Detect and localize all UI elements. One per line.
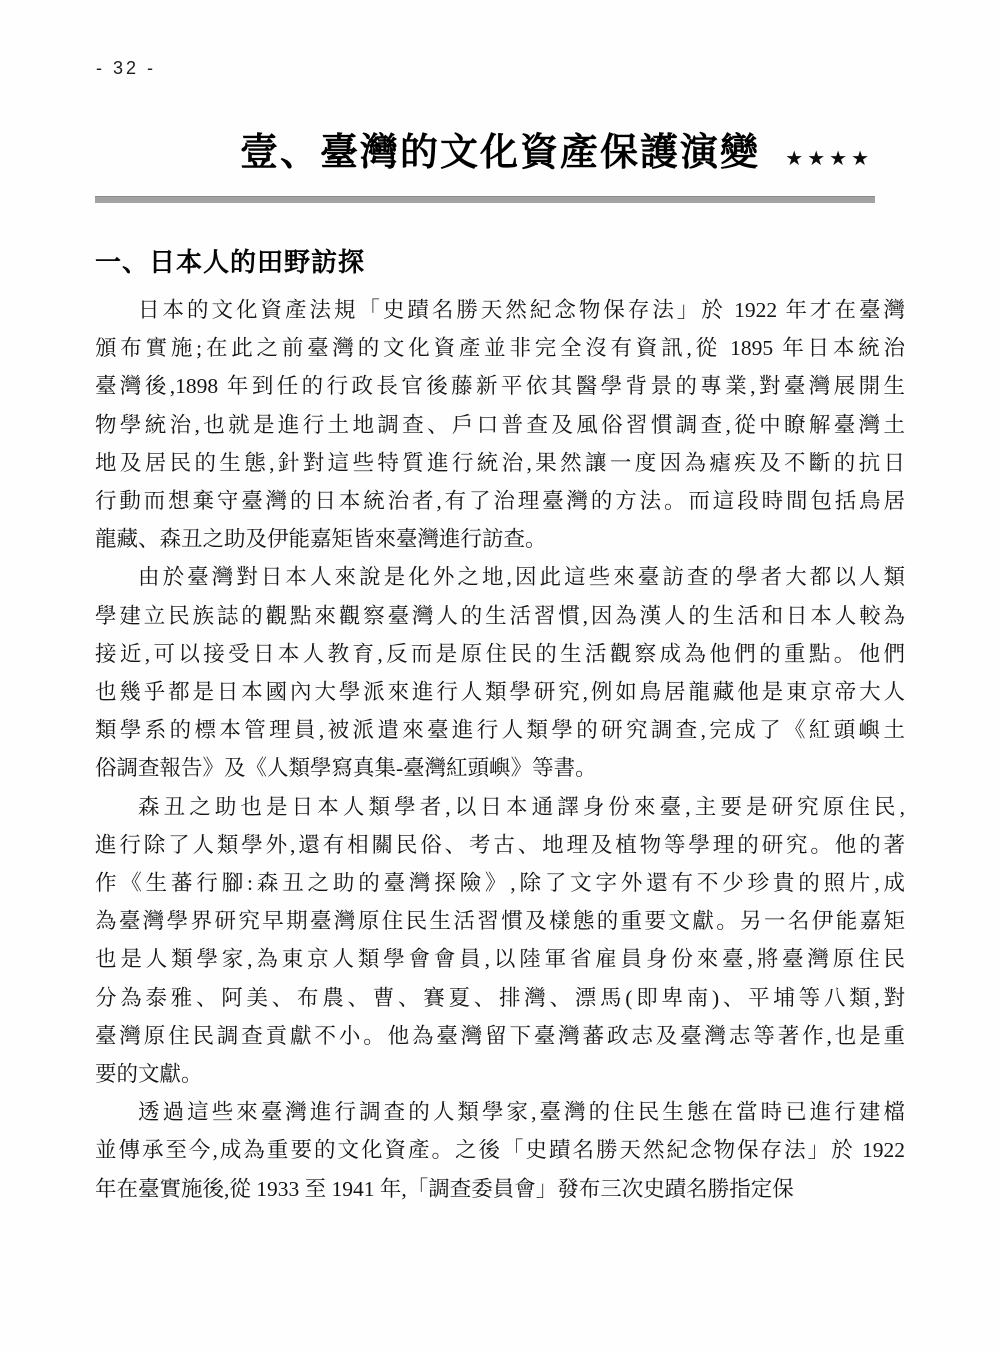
body-text: 日本的文化資產法規「史蹟名勝天然紀念物保存法」於 1922 年才在臺灣頒布實施;… xyxy=(95,291,905,1208)
text-line: 臺灣原住民調查貢獻不小。他為臺灣留下臺灣蕃政志及臺灣志等著作,也是重 xyxy=(95,1017,905,1055)
text-line: 要的文獻。 xyxy=(95,1055,905,1093)
paragraph: 由於臺灣對日本人來說是化外之地,因此這些來臺訪查的學者大都以人類學建立民族誌的觀… xyxy=(95,558,905,787)
text-line: 日本的文化資產法規「史蹟名勝天然紀念物保存法」於 1922 年才在臺灣 xyxy=(95,291,905,329)
text-line: 物學統治,也就是進行土地調查、戶口普查及風俗習慣調查,從中瞭解臺灣土 xyxy=(95,406,905,444)
text-line: 頒布實施;在此之前臺灣的文化資產並非完全沒有資訊,從 1895 年日本統治 xyxy=(95,329,905,367)
document-page: - 32 - 壹、臺灣的文化資產保護演變 ★★★★ 一、日本人的田野訪探 日本的… xyxy=(0,0,1000,1353)
paragraph: 透過這些來臺灣進行調查的人類學家,臺灣的住民生態在當時已進行建檔並傳承至今,成為… xyxy=(95,1093,905,1208)
text-line: 分為泰雅、阿美、布農、曹、賽夏、排灣、漂馬(即卑南)、平埔等八類,對 xyxy=(95,979,905,1017)
text-line: 由於臺灣對日本人來說是化外之地,因此這些來臺訪查的學者大都以人類 xyxy=(95,558,905,596)
text-line: 接近,可以接受日本人教育,反而是原住民的生活觀察成為他們的重點。他們 xyxy=(95,635,905,673)
page-number: - 32 - xyxy=(96,58,156,79)
paragraph: 森丑之助也是日本人類學者,以日本通譯身份來臺,主要是研究原住民,進行除了人類學外… xyxy=(95,788,905,1094)
text-line: 也是人類學家,為東京人類學會會員,以陸軍省雇員身份來臺,將臺灣原住民 xyxy=(95,940,905,978)
text-line: 行動而想棄守臺灣的日本統治者,有了治理臺灣的方法。而這段時間包括鳥居 xyxy=(95,482,905,520)
text-line: 臺灣後,1898 年到任的行政長官後藤新平依其醫學背景的專業,對臺灣展開生 xyxy=(95,367,905,405)
page-title: 壹、臺灣的文化資產保護演變 xyxy=(95,124,905,182)
section-heading: 一、日本人的田野訪探 xyxy=(95,242,365,279)
text-line: 俗調查報告》及《人類學寫真集-臺灣紅頭嶼》等書。 xyxy=(95,749,905,787)
text-line: 為臺灣學界研究早期臺灣原住民生活習慣及樣態的重要文獻。另一名伊能嘉矩 xyxy=(95,902,905,940)
paragraph: 日本的文化資產法規「史蹟名勝天然紀念物保存法」於 1922 年才在臺灣頒布實施;… xyxy=(95,291,905,558)
text-line: 也幾乎都是日本國內大學派來進行人類學研究,例如鳥居龍藏他是東京帝大人 xyxy=(95,673,905,711)
text-line: 並傳承至今,成為重要的文化資產。之後「史蹟名勝天然紀念物保存法」於 1922 xyxy=(95,1131,905,1169)
text-line: 進行除了人類學外,還有相關民俗、考古、地理及植物等學理的研究。他的著 xyxy=(95,826,905,864)
text-line: 龍藏、森丑之助及伊能嘉矩皆來臺灣進行訪查。 xyxy=(95,520,905,558)
title-row: 壹、臺灣的文化資產保護演變 ★★★★ xyxy=(95,124,905,186)
text-line: 作《生蕃行腳:森丑之助的臺灣探險》,除了文字外還有不少珍貴的照片,成 xyxy=(95,864,905,902)
stars-icon: ★★★★ xyxy=(785,146,873,170)
text-line: 森丑之助也是日本人類學者,以日本通譯身份來臺,主要是研究原住民, xyxy=(95,788,905,826)
text-line: 學建立民族誌的觀點來觀察臺灣人的生活習慣,因為漢人的生活和日本人較為 xyxy=(95,597,905,635)
text-line: 透過這些來臺灣進行調查的人類學家,臺灣的住民生態在當時已進行建檔 xyxy=(95,1093,905,1131)
text-line: 類學系的標本管理員,被派遣來臺進行人類學的研究調查,完成了《紅頭嶼土 xyxy=(95,711,905,749)
text-line: 年在臺實施後,從 1933 至 1941 年,「調查委員會」發布三次史蹟名勝指定… xyxy=(95,1170,905,1208)
title-rule xyxy=(95,196,875,203)
text-line: 地及居民的生態,針對這些特質進行統治,果然讓一度因為瘧疾及不斷的抗日 xyxy=(95,444,905,482)
